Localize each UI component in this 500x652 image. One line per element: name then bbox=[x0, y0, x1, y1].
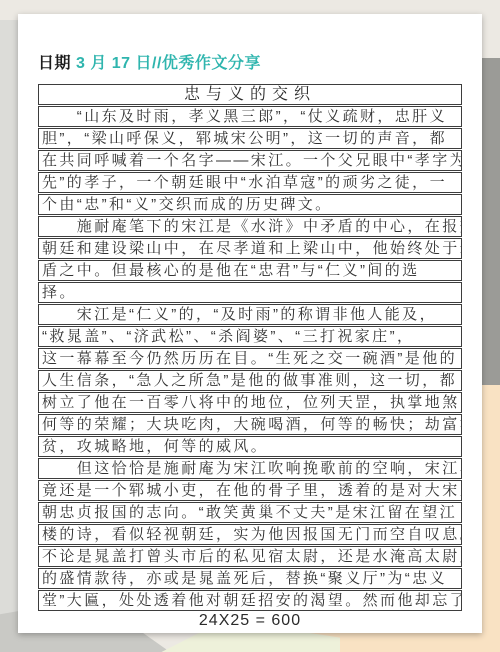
essay-row: 胆”，“梁山呼保义，郓城宋公明”，这一切的声音，都 bbox=[38, 128, 462, 149]
essay-row: 的盛情款待，亦或是晁盖死后，替换“聚义厅”为“忠义 bbox=[38, 568, 462, 589]
essay-row: 择。 bbox=[38, 282, 462, 303]
essay-title-row: 忠与义的交织 bbox=[38, 84, 462, 105]
grid-size-note: 24X25 = 600 bbox=[38, 612, 462, 630]
essay-page-card: 日期 3 月 17 日//优秀作文分享 忠与义的交织 “山东及时雨，孝义黑三郎”… bbox=[18, 14, 482, 633]
essay-row: 朝忠贞报国的志向。“敢笑黄巢不丈夫”是宋江留在望江 bbox=[38, 502, 462, 523]
essay-row: 不论是晁盖打曾头市后的私见宿太尉，还是水淹高太尉后 bbox=[38, 546, 462, 567]
essay-row: 朝廷和建设梁山中，在尽孝道和上梁山中，他始终处于矛 bbox=[38, 238, 462, 259]
essay-row: 竟还是一个郓城小吏，在他的骨子里，透着的是对大宋王 bbox=[38, 480, 462, 501]
essay-row: 但这恰恰是施耐庵为宋江吹响挽歌前的空响，宋江毕 bbox=[38, 458, 462, 479]
date-value: 3 月 17 日//优秀作文分享 bbox=[76, 55, 261, 72]
essay-row: 宋江是“仁义”的，“及时雨”的称谓非他人能及， bbox=[38, 304, 462, 325]
essay-row: 何等的荣耀；大块吃肉，大碗喝酒，何等的畅快；劫富济 bbox=[38, 414, 462, 435]
background-right-gray-strip bbox=[482, 58, 500, 388]
essay-grid: 忠与义的交织 “山东及时雨，孝义黑三郎”，“仗义疏财，忠肝义胆”，“梁山呼保义，… bbox=[38, 84, 462, 612]
essay-row: 盾之中。但最核心的是他在“忠君”与“仁义”间的选 bbox=[38, 260, 462, 281]
essay-row: “山东及时雨，孝义黑三郎”，“仗义疏财，忠肝义 bbox=[38, 106, 462, 127]
essay-row: 在共同呼喊着一个名字——宋江。一个父兄眼中“孝字为 bbox=[38, 150, 462, 171]
background-left-gray-strip bbox=[0, 20, 18, 652]
essay-row: 个由“忠”和“义”交织而成的历史碑文。 bbox=[38, 194, 462, 215]
essay-row: 堂”大匾，处处透着他对朝廷招安的渴望。然而他却忘了， bbox=[38, 590, 462, 611]
essay-row: 先”的孝子，一个朝廷眼中“水泊草寇”的顽劣之徒，一 bbox=[38, 172, 462, 193]
essay-row: 树立了他在一百零八将中的地位，位列天罡，执掌地煞， bbox=[38, 392, 462, 413]
date-header: 日期 3 月 17 日//优秀作文分享 bbox=[38, 50, 261, 73]
essay-row: 楼的诗，看似轻视朝廷，实为他因报国无门而空自叹息。 bbox=[38, 524, 462, 545]
essay-row: 这一幕幕至今仍然历历在目。“生死之交一碗酒”是他的 bbox=[38, 348, 462, 369]
essay-row: 施耐庵笔下的宋江是《水浒》中矛盾的中心，在报效 bbox=[38, 216, 462, 237]
essay-grid-rows: “山东及时雨，孝义黑三郎”，“仗义疏财，忠肝义胆”，“梁山呼保义，郓城宋公明”，… bbox=[38, 106, 462, 611]
essay-row: “救晁盖”、“济武松”、“杀阎婆”、“三打祝家庄”， bbox=[38, 326, 462, 347]
essay-row: 贫，攻城略地，何等的威风。 bbox=[38, 436, 462, 457]
essay-row: 人生信条，“急人之所急”是他的做事准则，这一切，都 bbox=[38, 370, 462, 391]
date-label: 日期 bbox=[38, 55, 71, 72]
